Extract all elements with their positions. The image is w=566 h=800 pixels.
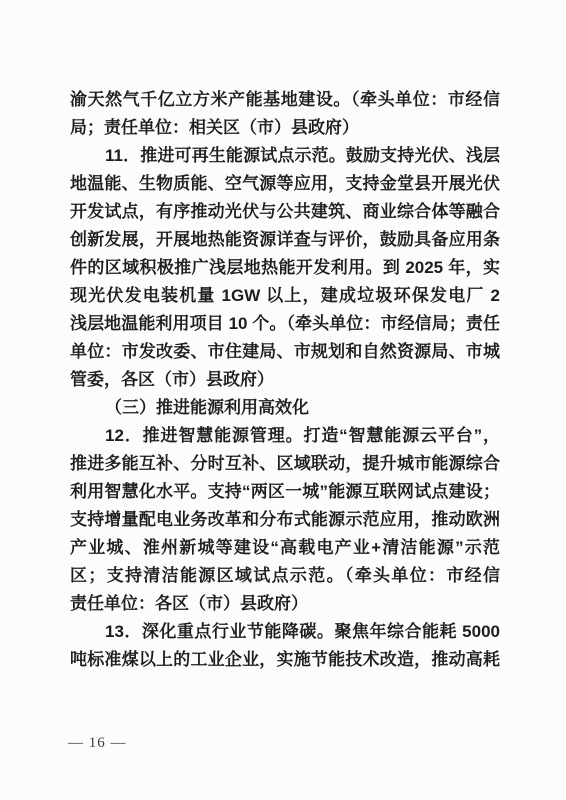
text-line: 13．深化重点行业节能降碳。聚焦年综合能耗 5000 (70, 618, 500, 646)
text-line: 现光伏发电装机量 1GW 以上，建成垃圾环保发电厂 2 座， (70, 282, 500, 310)
text-line: 推进多能互补、分时互补、区域联动，提升城市能源综合 (70, 450, 500, 478)
page-number: — 16 — (68, 735, 127, 752)
text-line: 责任单位：各区（市）县政府） (70, 590, 500, 618)
text-line: 局；责任单位：相关区（市）县政府） (70, 114, 500, 142)
paragraph: 13．深化重点行业节能降碳。聚焦年综合能耗 5000吨标准煤以上的工业企业，实施… (70, 618, 500, 674)
section-heading: （三）推进能源利用高效化 (70, 394, 500, 422)
text-line: 渝天然气千亿立方米产能基地建设。（牵头单位：市经信 (70, 86, 500, 114)
text-line: 浅层地温能利用项目 10 个。（牵头单位：市经信局；责任 (70, 310, 500, 338)
text-line: 利用智慧化水平。支持“两区一城”能源互联网试点建设； (70, 478, 500, 506)
text-line: 吨标准煤以上的工业企业，实施节能技术改造，推动高耗 (70, 646, 500, 674)
paragraph: 11．推进可再生能源试点示范。鼓励支持光伏、浅层地温能、生物质能、空气源等应用，… (70, 142, 500, 394)
text-line: 开发试点，有序推动光伏与公共建筑、商业综合体等融合 (70, 198, 500, 226)
text-block: 渝天然气千亿立方米产能基地建设。（牵头单位：市经信局；责任单位：相关区（市）县政… (70, 86, 500, 674)
text-line: 区；支持清洁能源区域试点示范。（牵头单位：市经信局； (70, 562, 500, 590)
text-line: 支持增量配电业务改革和分布式能源示范应用，推动欧洲 (70, 506, 500, 534)
text-line: 12．推进智慧能源管理。打造“智慧能源云平台”， (70, 422, 500, 450)
text-line: （三）推进能源利用高效化 (70, 394, 500, 422)
paragraph: 12．推进智慧能源管理。打造“智慧能源云平台”，推进多能互补、分时互补、区域联动… (70, 422, 500, 618)
document-page: 渝天然气千亿立方米产能基地建设。（牵头单位：市经信局；责任单位：相关区（市）县政… (0, 0, 566, 800)
text-line: 创新发展，开展地热能资源详查与评价，鼓励具备应用条 (70, 226, 500, 254)
text-line: 管委，各区（市）县政府） (70, 366, 500, 394)
text-line: 11．推进可再生能源试点示范。鼓励支持光伏、浅层 (70, 142, 500, 170)
text-line: 产业城、淮州新城等建设“高载电产业+清洁能源”示范 (70, 534, 500, 562)
text-line: 单位：市发改委、市住建局、市规划和自然资源局、市城 (70, 338, 500, 366)
paragraph: 渝天然气千亿立方米产能基地建设。（牵头单位：市经信局；责任单位：相关区（市）县政… (70, 86, 500, 142)
text-line: 件的区域积极推广浅层地热能开发利用。到 2025 年，实 (70, 254, 500, 282)
text-line: 地温能、生物质能、空气源等应用，支持金堂县开展光伏 (70, 170, 500, 198)
